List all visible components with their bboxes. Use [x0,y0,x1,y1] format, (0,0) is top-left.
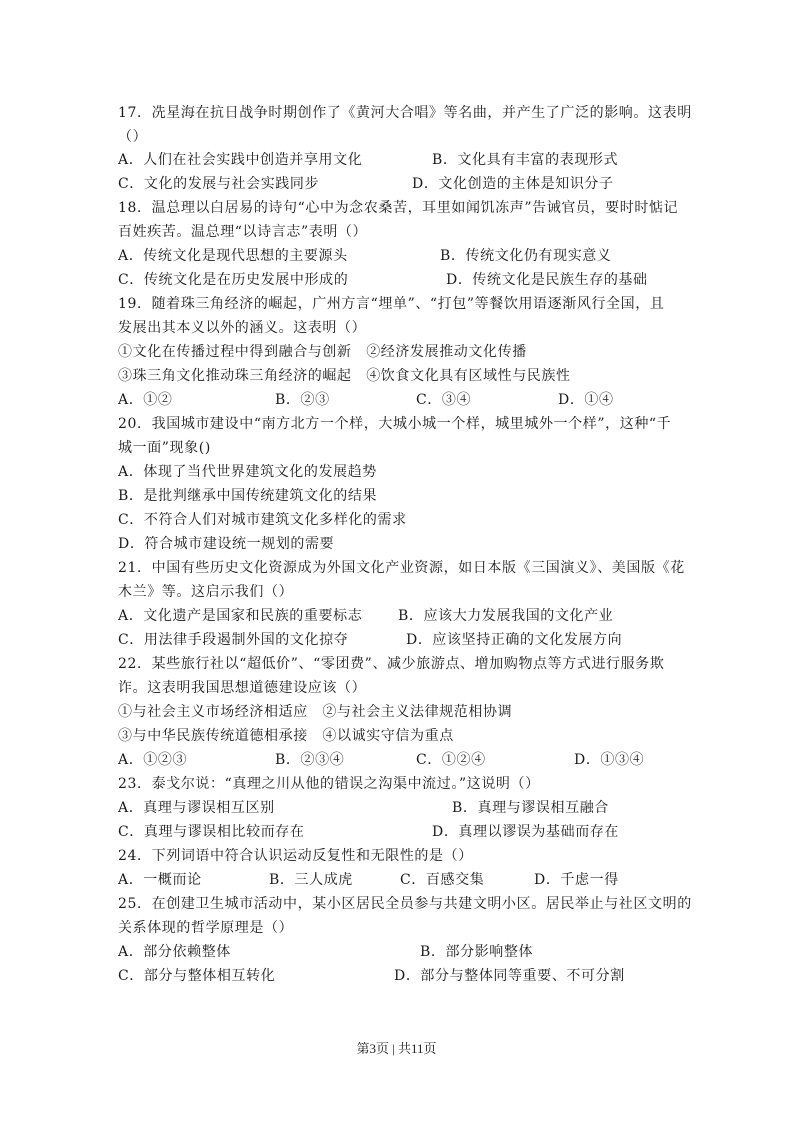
option-c: C．传统文化是在历史发展中形成的 [118,271,348,289]
option-d: D．符合城市建设统一规划的需要 [118,535,334,553]
option-b: B．应该大力发展我国的文化产业 [398,607,613,625]
question-stem: 23．泰戈尔说：“真理之川从他的错误之沟渠中流过。”这说明（） [118,775,540,793]
option-b: B．是批判继承中国传统建筑文化的结果 [118,487,377,505]
option-a: A．文化遗产是国家和民族的重要标志 [118,607,362,625]
option-c: C．①②④ [416,751,486,769]
option-a: A．人们在社会实践中创造并享用文化 [118,151,362,169]
question-stem: 关系体现的哲学原理是（） [118,919,293,937]
option-a: A．①②③ [118,751,187,769]
option-d: D．①④ [558,391,614,409]
option-a: A．真理与谬误相互区别 [118,799,275,817]
question-stem: 木兰》等。这启示我们（） [118,583,293,601]
option-d: D．传统文化是民族生存的基础 [446,271,648,289]
option-b: B．三人成虎 [269,871,353,889]
option-c: C．文化的发展与社会实践同步 [118,175,319,193]
option-d: D．应该坚持正确的文化发展方向 [406,631,622,649]
option-a: A．一概而论 [118,871,202,889]
option-c: C．用法律手段遏制外国的文化掠夺 [118,631,348,649]
question-stem: （） [118,128,147,146]
question-stem: 20．我国城市建设中“南方北方一个样，大城小城一个样，城里城外一个样”，这种“千 [118,415,671,433]
statement-line: ①与社会主义市场经济相适应 ②与社会主义法律规范相协调 [118,703,512,721]
question-stem: 21．中国有些历史文化资源成为外国文化产业资源，如日本版《三国演义》、美国版《花 [118,559,685,577]
question-stem: 24．下列词语中符合认识运动反复性和无限性的是（） [118,847,473,865]
option-b: B．真理与谬误相互融合 [452,799,609,817]
option-c: C．不符合人们对城市建筑文化多样化的需求 [118,511,407,529]
question-stem: 城一面”现象() [118,439,211,457]
option-b: B．传统文化仍有现实意义 [440,247,612,265]
page-number: 第3页 | 共11页 [0,1038,793,1057]
option-d: D．千虑一得 [534,871,619,889]
option-b: B．部分影响整体 [420,943,533,961]
option-a: A．部分依赖整体 [118,943,231,961]
option-d: D．真理以谬误为基础而存在 [432,823,619,841]
statement-line: ③珠三角文化推动珠三角经济的崛起 ④饮食文化具有区域性与民族性 [118,367,571,385]
question-stem: 发展出其本义以外的涵义。这表明（） [118,319,366,337]
option-d: D．文化创造的主体是知识分子 [412,175,614,193]
option-a: A．体现了当代世界建筑文化的发展趋势 [118,463,377,481]
option-d: D．①③④ [574,751,644,769]
option-d: D．部分与整体同等重要、不可分割 [394,967,625,985]
question-stem: 17．冼星海在抗日战争时期创作了《黄河大合唱》等名曲，并产生了广泛的影响。这表明 [118,104,692,122]
statement-line: ①文化在传播过程中得到融合与创新 ②经济发展推动文化传播 [118,343,527,361]
option-a: A．传统文化是现代思想的主要源头 [118,247,348,265]
option-c: C．部分与整体相互转化 [118,967,275,985]
question-stem: 18．温总理以白居易的诗句“心中为念农桑苦，耳里如闻饥冻声”告诫官员，要时时惦记 [118,199,678,217]
question-stem: 19．随着珠三角经济的崛起，广州方言“埋单”、“打包”等餐饮用语逐渐风行全国，且 [118,295,664,313]
exam-page: 17．冼星海在抗日战争时期创作了《黄河大合唱》等名曲，并产生了广泛的影响。这表明… [0,0,793,1122]
option-b: B．文化具有丰富的表现形式 [432,151,618,169]
option-c: C．③④ [416,391,471,409]
option-b: B．②③④ [275,751,344,769]
question-stem: 22．某些旅行社以“超低价”、“零团费”、减少旅游点、增加购物点等方式进行服务欺 [118,655,664,673]
question-stem: 25．在创建卫生城市活动中，某小区居民全员参与共建文明小区。居民举止与社区文明的 [118,895,692,913]
statement-line: ③与中华民族传统道德相承接 ④以诚实守信为重点 [118,727,454,745]
option-a: A．①② [118,391,173,409]
option-c: C．百感交集 [400,871,484,889]
option-b: B．②③ [275,391,330,409]
option-c: C．真理与谬误相比较而存在 [118,823,305,841]
question-stem: 诈。这表明我国思想道德建设应该（） [118,679,366,697]
question-stem: 百姓疾苦。温总理“以诗言志”表明（） [118,223,367,241]
